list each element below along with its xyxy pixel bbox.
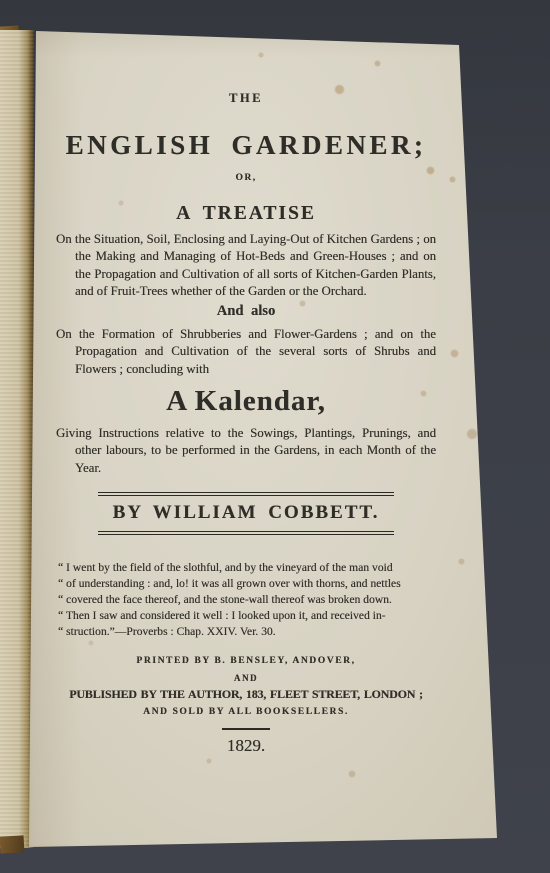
- title-page: THE ENGLISH GARDENER; OR, A TREATISE On …: [0, 0, 550, 873]
- treatise-heading: A TREATISE: [56, 203, 436, 225]
- treatise-description: On the Situation, Soil, Enclosing and La…: [56, 231, 436, 300]
- epigraph-line: “ I went by the field of the slothful, a…: [58, 560, 458, 576]
- book-cover-corner-bottom: [0, 835, 24, 853]
- author-byline: BY WILLIAM COBBETT.: [98, 496, 394, 531]
- and-also-label: And also: [56, 303, 436, 320]
- book-photo: THE ENGLISH GARDENER; OR, A TREATISE On …: [0, 0, 550, 873]
- or-label: OR,: [56, 173, 436, 183]
- book-page-edges: [0, 30, 34, 848]
- book-pretitle: THE: [56, 91, 436, 106]
- book-title: ENGLISH GARDENER;: [56, 130, 436, 161]
- imprint-printer: PRINTED BY B. BENSLEY, ANDOVER,: [56, 656, 436, 666]
- kalendar-description: Giving Instructions relative to the Sowi…: [56, 425, 436, 477]
- imprint-publisher: PUBLISHED BY THE AUTHOR, 183, FLEET STRE…: [56, 687, 436, 702]
- epigraph-line: “ of understanding : and, lo! it was all…: [58, 576, 458, 592]
- epigraph: “ I went by the field of the slothful, a…: [58, 560, 458, 640]
- kalendar-heading: A Kalendar,: [56, 385, 436, 418]
- publication-year: 1829.: [56, 736, 436, 756]
- year-rule: [222, 728, 270, 730]
- double-rule-bottom: [98, 531, 394, 535]
- imprint-sellers: AND SOLD BY ALL BOOKSELLERS.: [56, 707, 436, 717]
- epigraph-line: “ struction.”—Proverbs : Chap. XXIV. Ver…: [58, 624, 458, 640]
- epigraph-line: “ covered the face thereof, and the ston…: [58, 592, 458, 608]
- shrubberies-description: On the Formation of Shrubberies and Flow…: [56, 326, 436, 378]
- byline-banner: BY WILLIAM COBBETT.: [98, 492, 394, 535]
- epigraph-line: “ Then I saw and considered it well : I …: [58, 608, 458, 624]
- imprint-conjunction: AND: [56, 673, 436, 683]
